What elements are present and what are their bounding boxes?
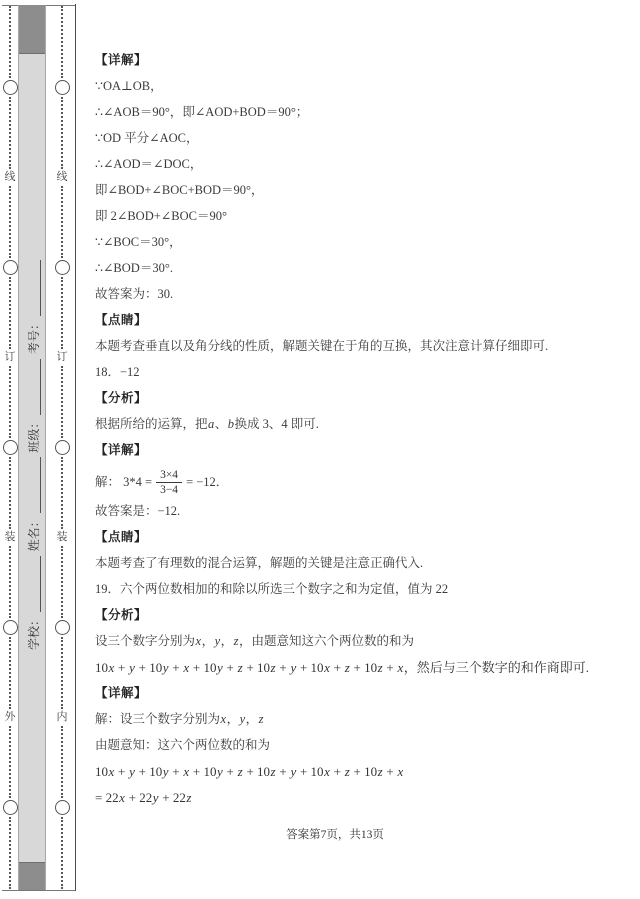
punch-hole — [55, 260, 70, 275]
section-heading: 【详解】 — [95, 52, 625, 69]
fraction-denominator: 3−4 — [156, 483, 182, 497]
dotted-segment — [9, 457, 11, 529]
content-line: 19．六个两位数相加的和除以所选三个数字之和为定值，值为 22 — [95, 581, 625, 598]
content-line: 设三个数字分别为x，y，z，由题意知这六个两位数的和为 — [95, 633, 625, 650]
section-heading: 【点睛】 — [95, 529, 625, 546]
punch-hole — [3, 620, 18, 635]
content-line: 10x + y + 10y + x + 10y + z + 10z + y + … — [95, 659, 625, 676]
formula-prefix: 解： 3*4 = — [95, 474, 152, 491]
page-footer: 答案第7页，共13页 — [75, 826, 595, 842]
binding-field-underline — [28, 359, 41, 415]
content-line: ∵OA⊥OB， — [95, 78, 625, 95]
formula-suffix: = −12． — [186, 474, 228, 491]
binding-field: 班级： — [27, 359, 41, 453]
content-line: 即∠BOD+∠BOC+BOD＝90°， — [95, 182, 625, 199]
section-heading: 【分析】 — [95, 390, 625, 407]
content-line: 解： 3*4 = 3×43−4 = −12． — [95, 468, 625, 497]
content-line: 故答案是：−12. — [95, 503, 625, 520]
punch-hole — [3, 80, 18, 95]
binding-field: 姓名： — [27, 457, 41, 551]
dotted-segment — [9, 277, 11, 349]
binding-field: 考号： — [27, 260, 41, 354]
punch-hole — [3, 440, 18, 455]
dotted-segment — [61, 817, 63, 889]
dotted-segment — [61, 637, 63, 709]
binding-line-inner: 线订装内 — [55, 6, 69, 889]
binding-fields: 学校：姓名：班级：考号： — [23, 260, 41, 650]
content-line: = 22x + 22y + 22z — [95, 789, 625, 806]
punch-hole — [55, 440, 70, 455]
content-line: ∴∠BOD＝30°. — [95, 260, 625, 277]
binding-char: 装 — [5, 531, 16, 544]
content-line: 由题意知：这六个两位数的和为 — [95, 737, 625, 754]
dotted-segment — [9, 186, 11, 258]
binding-field-label: 姓名： — [27, 515, 41, 551]
dotted-segment — [61, 366, 63, 438]
binding-char: 内 — [57, 711, 68, 724]
binding-char: 线 — [5, 171, 16, 184]
binding-field-label: 学校： — [27, 614, 41, 650]
fraction-numerator: 3×4 — [156, 468, 182, 483]
dotted-segment — [61, 546, 63, 618]
punch-hole — [55, 800, 70, 815]
binding-char: 外 — [5, 711, 16, 724]
binding-field: 学校： — [27, 556, 41, 650]
dotted-segment — [9, 817, 11, 889]
section-heading: 【分析】 — [95, 607, 625, 624]
binding-strip-cap-top — [19, 5, 45, 54]
dotted-segment — [61, 97, 63, 169]
dotted-segment — [9, 546, 11, 618]
dotted-segment — [61, 277, 63, 349]
content-line: 本题考查垂直以及角分线的性质，解题关键在于角的互换，其次注意计算仔细即可. — [95, 338, 625, 355]
binding-field-underline — [28, 260, 41, 316]
section-heading: 【点睛】 — [95, 312, 625, 329]
margin-divider-line — [75, 4, 76, 891]
content-line: ∵OD 平分∠AOC， — [95, 130, 625, 147]
dotted-segment — [61, 457, 63, 529]
punch-hole — [3, 260, 18, 275]
answer-sheet-page: { "colors":{ "page_bg":"#ffffff", "strip… — [0, 0, 640, 899]
binding-char: 订 — [5, 351, 16, 364]
binding-char: 订 — [57, 351, 68, 364]
section-heading: 【详解】 — [95, 442, 625, 459]
binding-char: 装 — [57, 531, 68, 544]
punch-hole — [55, 80, 70, 95]
dotted-segment — [9, 6, 11, 78]
section-heading: 【详解】 — [95, 685, 625, 702]
binding-line-outer: 线订装外 — [3, 6, 17, 889]
content-line: 解：设三个数字分别为x，y，z — [95, 711, 625, 728]
dotted-segment — [9, 726, 11, 798]
dotted-segment — [61, 186, 63, 258]
binding-field-underline — [28, 457, 41, 513]
binding-field-underline — [28, 556, 41, 612]
content-line: 本题考查了有理数的混合运算，解题的关键是注意正确代入. — [95, 555, 625, 572]
punch-hole — [55, 620, 70, 635]
dotted-segment — [61, 726, 63, 798]
binding-strip-cap-bottom — [19, 862, 45, 890]
binding-field-label: 班级： — [27, 417, 41, 453]
fraction: 3×43−4 — [156, 468, 182, 497]
dotted-segment — [9, 637, 11, 709]
binding-char: 线 — [57, 171, 68, 184]
dotted-segment — [61, 6, 63, 78]
content-line: ∴∠AOD＝∠DOC， — [95, 156, 625, 173]
content-line: ∴∠AOB＝90°，即∠AOD+BOD＝90°； — [95, 104, 625, 121]
binding-field-label: 考号： — [27, 318, 41, 354]
content-line: 18．−12 — [95, 364, 625, 381]
content-line: ∵∠BOC＝30°， — [95, 234, 625, 251]
content-line: 即 2∠BOD+∠BOC＝90° — [95, 208, 625, 225]
punch-hole — [3, 800, 18, 815]
margin-bottom-border — [2, 890, 75, 891]
dotted-segment — [9, 366, 11, 438]
content-line: 根据所给的运算，把a、b换成 3、4 即可. — [95, 416, 625, 433]
content-line: 故答案为：30. — [95, 286, 625, 303]
content-lines: 【详解】∵OA⊥OB，∴∠AOB＝90°，即∠AOD+BOD＝90°；∵OD 平… — [95, 52, 625, 815]
dotted-segment — [9, 97, 11, 169]
content-line: 10x + y + 10y + x + 10y + z + 10z + y + … — [95, 763, 625, 780]
